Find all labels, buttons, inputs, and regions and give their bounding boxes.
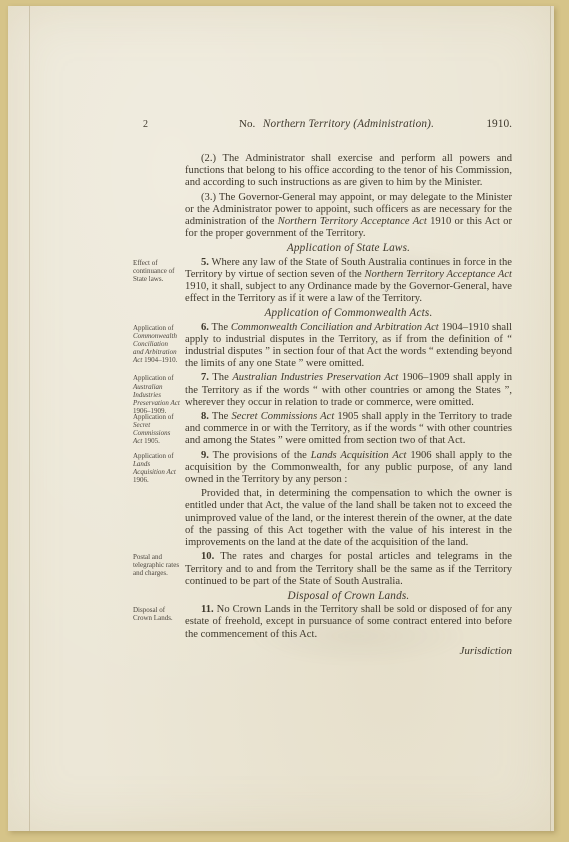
- margin-note-act-title: Lands Acquisition Act: [133, 460, 176, 476]
- paragraph-text: (2.) The Administrator shall exercise an…: [185, 153, 512, 190]
- paragraph: Provided that, in determining the compen…: [133, 488, 512, 549]
- paragraph-text: 5. Where any law of the State of South A…: [185, 257, 512, 306]
- paragraph-text: (3.) The Governor-General may appoint, o…: [185, 192, 512, 241]
- act-title-italic: Northern Territory Acceptance Act: [364, 269, 512, 280]
- act-title-italic: Secret Commissions Act: [232, 411, 335, 422]
- text-segment: The provisions of the: [209, 450, 311, 461]
- page-content: 2 No. . Northern Territory (Administrati…: [133, 118, 512, 657]
- text-segment: (2.) The Administrator shall exercise an…: [185, 153, 512, 188]
- text-segment: No Crown Lands in the Territory shall be…: [185, 604, 512, 639]
- scanned-page-background: 2 No. . Northern Territory (Administrati…: [0, 0, 569, 842]
- act-section: Application of Secret Commissions Act 19…: [133, 411, 512, 448]
- text-segment: The: [209, 372, 232, 383]
- section-number: 11.: [201, 604, 214, 615]
- text-segment: 1905.: [142, 437, 160, 445]
- act-section: Effect of continuance of State laws.5. W…: [133, 257, 512, 306]
- paragraph-text: 11. No Crown Lands in the Territory shal…: [185, 604, 512, 641]
- section-number: 5.: [201, 257, 209, 268]
- section-number: 6.: [201, 322, 209, 333]
- act-section: Application of Lands Acquisition Act 190…: [133, 450, 512, 487]
- act-section: Disposal of Crown Lands.11. No Crown Lan…: [133, 604, 512, 641]
- text-segment: The: [209, 411, 232, 422]
- page-edge-line-right: [550, 6, 551, 831]
- paragraph: (3.) The Governor-General may appoint, o…: [133, 192, 512, 241]
- text-segment: Application of: [133, 324, 174, 332]
- paragraph-text: 8. The Secret Commissions Act 1905 shall…: [185, 411, 512, 448]
- running-header: 2 No. . Northern Territory (Administrati…: [133, 118, 512, 134]
- text-segment: Disposal of Crown Lands.: [133, 606, 173, 622]
- crosshead: Disposal of Crown Lands.: [185, 590, 512, 602]
- act-section: Postal and telegraphic rates and charges…: [133, 551, 512, 588]
- text-segment: Effect of continuance of State laws.: [133, 259, 174, 283]
- margin-note: Effect of continuance of State laws.: [133, 259, 180, 283]
- margin-note: Postal and telegraphic rates and charges…: [133, 553, 180, 577]
- text-segment: 1906.: [133, 476, 149, 484]
- paragraph-text: 6. The Commonwealth Conciliation and Arb…: [185, 322, 512, 371]
- act-title-italic: Australian Industries Preservation Act: [232, 372, 398, 383]
- section-number: 7.: [201, 372, 209, 383]
- paragraph-text: 9. The provisions of the Lands Acquisiti…: [185, 450, 512, 487]
- page-edge-line-left: [29, 6, 30, 831]
- running-title: Northern Territory (Administration).: [185, 118, 512, 130]
- margin-note: Application of Secret Commissions Act 19…: [133, 413, 180, 445]
- margin-note: Application of Australian Industries Pre…: [133, 374, 180, 414]
- crosshead: Application of Commonwealth Acts.: [185, 307, 512, 319]
- paragraph: (2.) The Administrator shall exercise an…: [133, 153, 512, 190]
- text-segment: The rates and charges for postal article…: [185, 551, 512, 586]
- text-segment: Provided that, in determining the compen…: [185, 488, 512, 548]
- paragraph-text: 10. The rates and charges for postal art…: [185, 551, 512, 588]
- text-segment: 1910, it shall, subject to any Ordinance…: [185, 281, 512, 304]
- text-segment: 1904–1910.: [142, 356, 177, 364]
- text-segment: Application of: [133, 413, 174, 421]
- year-label: 1910.: [486, 118, 512, 130]
- margin-note: Application of Lands Acquisition Act 190…: [133, 452, 180, 484]
- margin-note: Disposal of Crown Lands.: [133, 606, 180, 622]
- act-title-italic: Northern Territory Acceptance Act: [278, 216, 427, 227]
- text-segment: Postal and telegraphic rates and charges…: [133, 553, 179, 577]
- act-section: Application of Australian Industries Pre…: [133, 372, 512, 409]
- text-segment: Application of: [133, 452, 174, 460]
- paragraph-text: 7. The Australian Industries Preservatio…: [185, 372, 512, 409]
- text-segment: Application of: [133, 374, 174, 382]
- page-number: 2: [143, 119, 148, 130]
- document-body: (2.) The Administrator shall exercise an…: [133, 153, 512, 641]
- catchword: Jurisdiction: [185, 645, 512, 657]
- section-number: 8.: [201, 411, 209, 422]
- document-page: 2 No. . Northern Territory (Administrati…: [8, 6, 554, 831]
- section-number: 9.: [201, 450, 209, 461]
- paragraph-text: Provided that, in determining the compen…: [185, 488, 512, 549]
- margin-note: Application of Commonwealth Conciliation…: [133, 324, 180, 364]
- crosshead: Application of State Laws.: [185, 242, 512, 254]
- act-title-italic: Lands Acquisition Act: [311, 450, 407, 461]
- act-section: Application of Commonwealth Conciliation…: [133, 322, 512, 371]
- text-segment: The: [209, 322, 231, 333]
- section-number: 10.: [201, 551, 214, 562]
- act-title-italic: Commonwealth Conciliation and Arbitratio…: [231, 322, 439, 333]
- margin-note-act-title: Australian Industries Preservation Act: [133, 383, 180, 407]
